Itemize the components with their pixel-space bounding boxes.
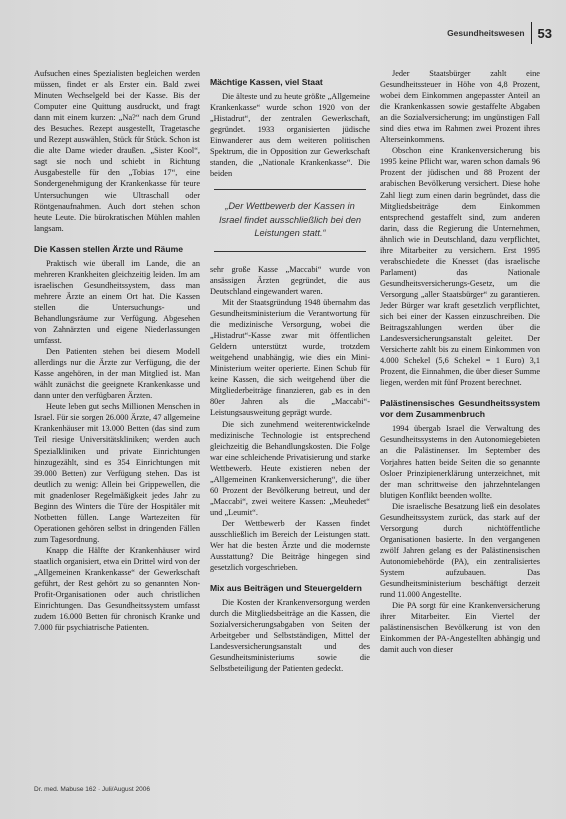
paragraph: Die sich zunehmend weiterentwickelnde me… — [210, 419, 370, 518]
paragraph: Die älteste und zu heute größte „Allgeme… — [210, 91, 370, 179]
paragraph: Der Wettbewerb der Kassen findet ausschl… — [210, 518, 370, 573]
paragraph: Aufsuchen eines Spezialisten begleichen … — [34, 68, 200, 234]
column-right: Jeder Staatsbürger zahlt eine Gesundheit… — [380, 68, 540, 655]
paragraph: Die PA sorgt für eine Krankenversicherun… — [380, 600, 540, 655]
paragraph: Den Patienten stehen bei diesem Modell a… — [34, 346, 200, 401]
paragraph: Knapp die Hälfte der Krankenhäuser wird … — [34, 545, 200, 633]
column-left: Aufsuchen eines Spezialisten begleichen … — [34, 68, 200, 633]
paragraph: Die israelische Besatzung ließ ein desol… — [380, 501, 540, 600]
pull-quote: „Der Wettbewerb der Kassen in Israel fin… — [214, 189, 366, 252]
paragraph: Die Kosten der Krankenversorgung werden … — [210, 597, 370, 674]
magazine-page: Gesundheitswesen 53 Aufsuchen eines Spez… — [0, 0, 566, 819]
page-footer-citation: Dr. med. Mabuse 162 · Juli/August 2006 — [34, 786, 150, 793]
page-header: Gesundheitswesen 53 — [447, 22, 552, 44]
section-title: Gesundheitswesen — [447, 28, 524, 38]
paragraph: Heute leben gut sechs Millionen Menschen… — [34, 401, 200, 545]
paragraph: sehr große Kasse „Maccabi“ wurde von ans… — [210, 264, 370, 297]
header-divider — [531, 22, 532, 44]
paragraph: Praktisch wie überall im Lande, die an m… — [34, 258, 200, 346]
column-middle: Mächtige Kassen, viel Staat Die älteste … — [210, 68, 370, 675]
paragraph: 1994 übergab Israel die Verwaltung des G… — [380, 423, 540, 500]
section-heading: Die Kassen stellen Ärzte und Räume — [34, 244, 200, 255]
section-heading: Palästinensisches Gesundheitssystem vor … — [380, 398, 540, 420]
paragraph: Obschon eine Krankenversicherung bis 199… — [380, 145, 540, 388]
paragraph: Mit der Staatsgründung 1948 übernahm das… — [210, 297, 370, 419]
paragraph: Jeder Staatsbürger zahlt eine Gesundheit… — [380, 68, 540, 145]
section-heading: Mix aus Beiträgen und Steuergeldern — [210, 583, 370, 594]
page-number: 53 — [538, 26, 552, 41]
section-heading: Mächtige Kassen, viel Staat — [210, 77, 370, 88]
